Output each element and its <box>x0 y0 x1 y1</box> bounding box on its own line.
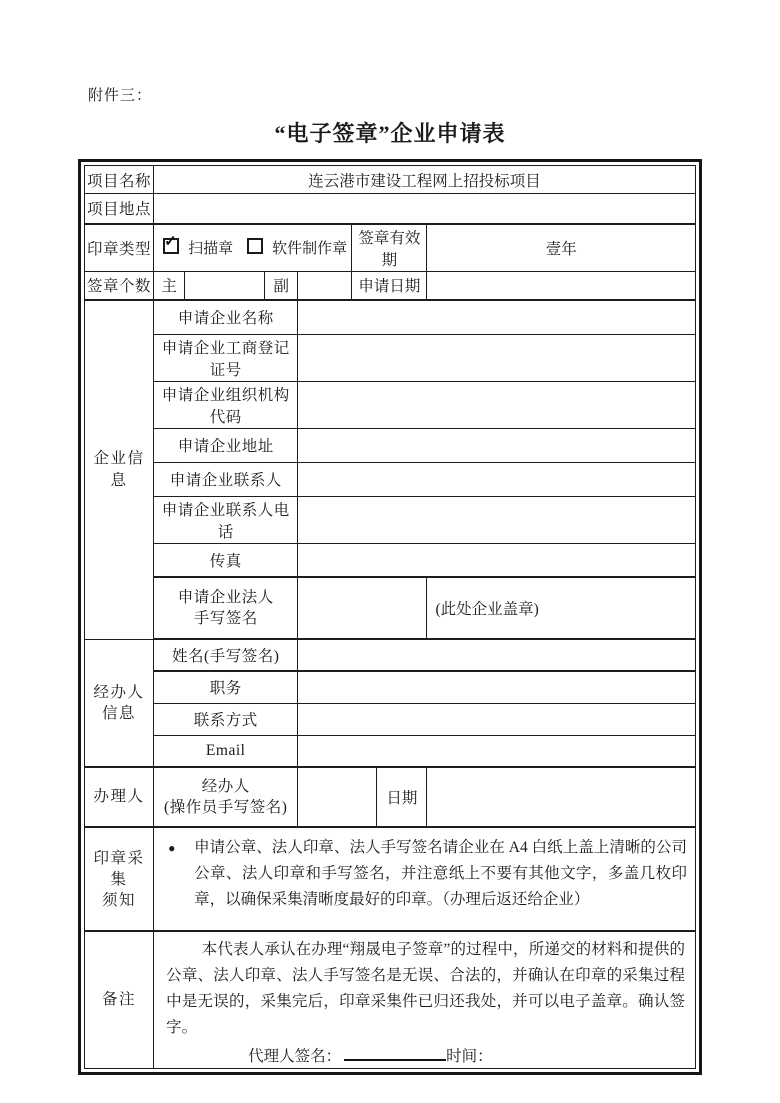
notice-text: 申请公章、法人印章、法人手写签名请企业在 A4 白纸上盖上清晰的公司公章、法人印… <box>194 835 687 913</box>
org-code-label: 申请企业组织机构代码 <box>154 381 298 428</box>
scan-seal-checkbox-checked-icon[interactable]: ✓ <box>163 238 179 254</box>
secondary-seal-label: 副 <box>265 271 298 300</box>
table-row: 项目地点 <box>85 194 696 224</box>
operator-email-label: Email <box>154 735 298 767</box>
bullet-icon: ● <box>166 835 194 861</box>
agent-signature-row: 代理人签名：时间： <box>166 1044 685 1066</box>
operator-name-label: 姓名(手写签名) <box>154 639 298 671</box>
handler-operator-label: 经办人 (操作员手写签名) <box>154 767 298 827</box>
handler-section-label: 办理人 <box>85 767 154 827</box>
project-location-label: 项目地点 <box>85 194 154 224</box>
check-icon: ✓ <box>164 235 177 250</box>
operator-contact-label: 联系方式 <box>154 703 298 735</box>
signature-underline <box>344 1044 446 1061</box>
operator-contact-value <box>298 703 696 735</box>
enterprise-section-label: 企业信息 <box>85 300 154 639</box>
handler-operator-line1: 经办人 <box>156 776 295 797</box>
notice-section-line2: 须知 <box>87 890 151 911</box>
notice-section-line1: 印章采集 <box>87 848 151 890</box>
software-seal-checkbox-unchecked-icon[interactable] <box>247 238 263 254</box>
enterprise-contact-value <box>298 462 696 496</box>
scanned-form-page: { "header": { "attachment": "附件三：", "tit… <box>0 0 780 1103</box>
operator-section-line1: 经办人 <box>87 682 151 703</box>
table-row: 项目名称 连云港市建设工程网上招投标项目 <box>85 166 696 194</box>
org-code-value <box>298 381 696 428</box>
seal-type-label: 印章类型 <box>85 224 154 272</box>
operator-position-label: 职务 <box>154 671 298 703</box>
enterprise-name-label: 申请企业名称 <box>154 300 298 334</box>
table-row: 职务 <box>85 671 696 703</box>
table-row: 办理人 经办人 (操作员手写签名) 日期 <box>85 767 696 827</box>
scan-seal-option-label: 扫描章 <box>188 241 233 257</box>
company-stamp-note: (此处企业盖章) <box>427 577 696 639</box>
business-license-value <box>298 334 696 381</box>
validity-value: 壹年 <box>427 224 696 272</box>
operator-section-label: 经办人 信息 <box>85 639 154 767</box>
validity-label: 签章有效期 <box>352 224 427 272</box>
table-row: 印章采集 须知 ● 申请公章、法人印章、法人手写签名请企业在 A4 白纸上盖上清… <box>85 827 696 931</box>
handler-operator-line2: (操作员手写签名) <box>156 797 295 818</box>
table-row: 申请企业联系人 <box>85 462 696 496</box>
table-row: 联系方式 <box>85 703 696 735</box>
table-row: 申请企业地址 <box>85 428 696 462</box>
document-page: 附件三： “电子签章”企业申请表 项目名称 连云港市建设工程网上招投标项目 项目… <box>0 0 780 1075</box>
remarks-content: 本代表人承认在办理“翔晟电子签章”的过程中，所递交的材料和提供的公章、法人印章、… <box>154 931 696 1069</box>
fax-label: 传真 <box>154 543 298 577</box>
enterprise-address-label: 申请企业地址 <box>154 428 298 462</box>
project-name-label: 项目名称 <box>85 166 154 194</box>
table-row: 申请企业组织机构代码 <box>85 381 696 428</box>
legal-person-signature-value <box>298 577 427 639</box>
remarks-section-label: 备注 <box>85 931 154 1069</box>
table-row: 申请企业联系人电话 <box>85 496 696 543</box>
business-license-label: 申请企业工商登记证号 <box>154 334 298 381</box>
software-seal-option-label: 软件制作章 <box>272 241 347 257</box>
secondary-seal-value <box>298 271 352 300</box>
application-form-table: 项目名称 连云港市建设工程网上招投标项目 项目地点 印章类型 ✓扫描章软件制作章… <box>78 159 702 1075</box>
apply-date-label: 申请日期 <box>352 271 427 300</box>
project-location-value <box>154 194 696 224</box>
enterprise-name-value <box>298 300 696 334</box>
handler-date-value <box>427 767 696 827</box>
handler-date-label: 日期 <box>377 767 427 827</box>
legal-person-line2: 手写签名 <box>156 608 295 629</box>
table-row: 申请企业法人 手写签名 (此处企业盖章) <box>85 577 696 639</box>
seal-type-options: ✓扫描章软件制作章 <box>154 224 352 272</box>
table-row: 企业信息 申请企业名称 <box>85 300 696 334</box>
table-row: 申请企业工商登记证号 <box>85 334 696 381</box>
table-row: 印章类型 ✓扫描章软件制作章 签章有效期 壹年 <box>85 224 696 272</box>
table-row: 签章个数 主 副 申请日期 <box>85 271 696 300</box>
project-name-value: 连云港市建设工程网上招投标项目 <box>154 166 696 194</box>
contact-phone-value <box>298 496 696 543</box>
primary-seal-value <box>185 271 265 300</box>
table-row: 备注 本代表人承认在办理“翔晟电子签章”的过程中，所递交的材料和提供的公章、法人… <box>85 931 696 1069</box>
table-row: Email <box>85 735 696 767</box>
operator-section-line2: 信息 <box>87 703 151 724</box>
fax-value <box>298 543 696 577</box>
seal-count-label: 签章个数 <box>85 271 154 300</box>
table-row: 经办人 信息 姓名(手写签名) <box>85 639 696 671</box>
agent-signature-label: 代理人签名： <box>248 1048 341 1065</box>
operator-name-value <box>298 639 696 671</box>
apply-date-value <box>427 271 696 300</box>
time-label: 时间： <box>446 1048 493 1065</box>
legal-person-signature-label: 申请企业法人 手写签名 <box>154 577 298 639</box>
primary-seal-label: 主 <box>154 271 185 300</box>
attachment-label: 附件三： <box>88 84 780 105</box>
enterprise-address-value <box>298 428 696 462</box>
legal-person-line1: 申请企业法人 <box>156 587 295 608</box>
enterprise-contact-label: 申请企业联系人 <box>154 462 298 496</box>
form-title: “电子签章”企业申请表 <box>0 117 780 148</box>
remarks-text: 本代表人承认在办理“翔晟电子签章”的过程中，所递交的材料和提供的公章、法人印章、… <box>166 937 685 1041</box>
operator-position-value <box>298 671 696 703</box>
table-row: 传真 <box>85 543 696 577</box>
notice-section-label: 印章采集 须知 <box>85 827 154 931</box>
contact-phone-label: 申请企业联系人电话 <box>154 496 298 543</box>
notice-content: ● 申请公章、法人印章、法人手写签名请企业在 A4 白纸上盖上清晰的公司公章、法… <box>154 827 696 931</box>
handler-signature-value <box>298 767 377 827</box>
operator-email-value <box>298 735 696 767</box>
